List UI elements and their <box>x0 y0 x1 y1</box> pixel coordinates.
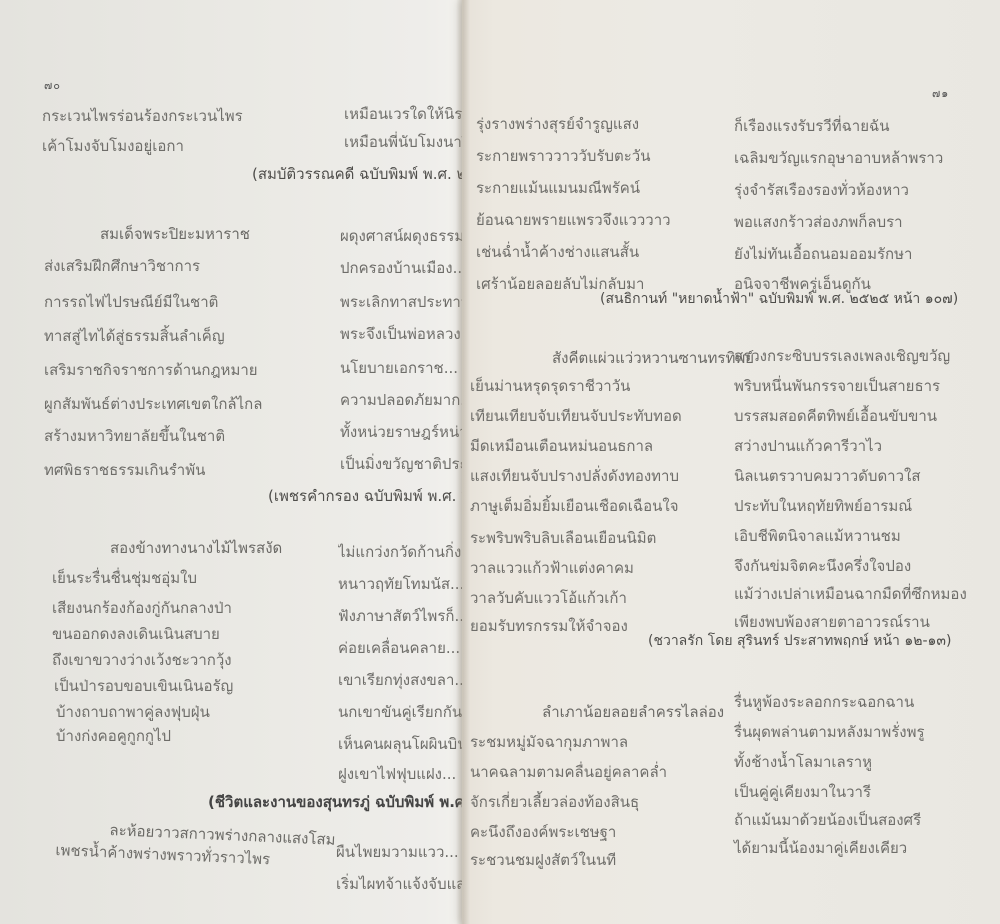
verse-line: พระเลิกทาสประทาน... <box>340 290 468 314</box>
verse-line: ระกายแม้นแมนมณีพรัคน์ <box>476 176 640 200</box>
verse-line: ได้ยามนี้น้องมาคู่เคียงเคียว <box>734 836 907 860</box>
verse-line: เห็นคนผลุนโผผินบิน... <box>338 732 468 756</box>
verse-line: เหมือนพี่นับโมงนาฬิกา <box>344 130 468 154</box>
verse-line: แม้ว่างเปล่าเหมือนฉากมืดที่ซึกหมอง <box>734 582 967 606</box>
verse-line: ยังไม่ทันเอื้อถนอมออมรักษา <box>734 242 912 266</box>
verse-line: เสริมราชกิจราชการด้านกฎหมาย <box>44 358 258 382</box>
verse-line: วาลแววแก้วฟ้าแต่งคาคม <box>470 556 634 580</box>
stanza-title: สังคีตแผ่วแว่วหวานซานทรทิพย์ <box>552 346 754 370</box>
verse-line: การรถไฟไปรษณีย์มีในชาติ <box>44 290 218 314</box>
verse-line: จึงกันข่มจิตคะนึงครึ่งใจปอง <box>734 554 911 578</box>
verse-line: พอแสงกร้าวส่องภพก็ลบรา <box>734 210 903 234</box>
verse-line: เฉลิมขวัญแรกอุษาอาบหล้าพราว <box>734 146 943 170</box>
left-book-page: ๗๐ กระเวนไพรร่อนร้องกระเวนไพร เค้าโมงจับ… <box>0 0 470 924</box>
verse-line: สว่างปานแก้วคารีวาไว <box>734 434 882 458</box>
verse-line: แสงเทียนจับปรางปลั่งดังทองทาบ <box>470 464 679 488</box>
verse-line: คะนึงถึงองค์พระเชษฐา <box>470 820 616 844</box>
verse-line: ทศพิธราชธรรมเกินรำพัน <box>44 458 205 482</box>
verse-line: นกเขาขันคู่เรียกกัน... <box>338 700 468 724</box>
stanza-title: สองข้างทางนางไม้ไพรสงัด <box>110 536 282 560</box>
verse-line: ฟังภาษาสัตว์ไพรก็... <box>338 604 468 628</box>
stanza-title: ลำเภาน้อยลอยลำครรไลล่อง <box>542 700 724 724</box>
verse-line: เทียนเทียบจับเทียนจับประทับทอด <box>470 404 682 428</box>
verse-line: ยอมรับทรกรรมให้จำจอง <box>470 614 628 638</box>
verse-line: เขาเรียกทุ่งสงขลา... <box>338 668 468 692</box>
verse-line: เค้าโมงจับโมงอยู่เอกา <box>42 134 184 158</box>
verse-line: ทาสสู่ไทได้สู่ธรรมสิ้นลำเค็ญ <box>44 324 225 348</box>
verse-line: ระพริบพริบลิบเลือนเยือนนิมิต <box>470 526 656 550</box>
verse-line: เย็นม่านหรุดรุดราชีวาวัน <box>470 374 630 398</box>
verse-line: ถ้าแม้นมาด้วยน้องเป็นสองศรี <box>734 808 921 832</box>
verse-line: เป็นป่ารอบขอบเขินเนินอรัญ <box>54 674 233 698</box>
source-citation: (ชีวิตและงานของสุนทรภู่ ฉบับพิมพ์ พ.ศ. ๒… <box>208 790 468 814</box>
verse-line: ระชมหมู่มัจฉากุมภาพาล <box>470 730 628 754</box>
verse-line: ย้อนฉายพรายแพรวจึงแวววาว <box>476 208 671 232</box>
verse-line: นาคฉลามตามคลื่นอยู่คลาคล่ำ <box>470 760 667 784</box>
right-book-page: ๗๑ รุ่งรางพร่างสุรย์จำรูญแสง ระกายพราววา… <box>462 0 1000 924</box>
source-citation: (สมบัติวรรณคดี ฉบับพิมพ์ พ.ศ. ๒... <box>252 162 468 186</box>
verse-line: สรวงกระซิบบรรเลงเพลงเชิญขวัญ <box>734 344 950 368</box>
verse-line: เป็นคู่คู่เคียงมาในวารี <box>734 780 871 804</box>
verse-line: นิลเนตรวาบคมวาวดับดาวใส <box>734 464 921 488</box>
page-number-right: ๗๑ <box>932 84 949 102</box>
verse-line: ทั้งช้างน้ำโลมาเลราหู <box>734 750 872 774</box>
verse-line: ระกายพราววาววับรับตะวัน <box>476 144 650 168</box>
verse-line: หนาวฤทัยโทมนัส... <box>338 572 468 596</box>
verse-line: เสียงนกร้องก้องกู่กันกลางป่า <box>52 596 232 620</box>
verse-line: รุ่งจำรัสเรืองรองทั่วห้องหาว <box>734 178 909 202</box>
verse-line: ภาษูเต็มอิ่มยิ้มเยือนเชือดเฉือนใจ <box>470 494 678 518</box>
verse-line: บ้างก่งคอคูกูกกูไป <box>56 724 171 748</box>
verse-line: ความปลอดภัยมาก... <box>340 388 468 412</box>
verse-line: กระเวนไพรร่อนร้องกระเวนไพร <box>42 104 243 128</box>
verse-line: พระจึงเป็นพ่อหลวง... <box>340 322 468 346</box>
verse-line: เย็นระรื่นชื่นชุ่มชอุ่มใบ <box>52 566 197 590</box>
stanza-title: สมเด็จพระปิยะมหาราช <box>100 222 250 246</box>
source-citation: (เพชรคำกรอง ฉบับพิมพ์ พ.ศ. ๒... <box>268 484 468 508</box>
verse-line: ส่งเสริมฝึกศึกษาวิชาการ <box>44 254 200 278</box>
verse-line: เป็นมิ่งขวัญชาติประชา... <box>340 452 468 476</box>
verse-line: เอิบชีพิตนิจาลแม้หวานชม <box>734 524 901 548</box>
verse-line: มีดเหมือนเตือนหม่นอนธกาล <box>470 434 653 458</box>
verse-line: รื่นผุดพล่านตามหลังมาพรั่งพรู <box>734 720 925 744</box>
verse-line: ค่อยเคลื่อนคลาย... <box>338 636 468 660</box>
verse-line: สร้างมหาวิทยาลัยขึ้นในชาติ <box>44 424 225 448</box>
source-citation: (สนธิกานท์ "หยาดน้ำฟ้า" ฉบับพิมพ์ พ.ศ. ๒… <box>600 288 958 310</box>
verse-line: เหมือนเวรใดให้นิราศ <box>344 102 468 126</box>
verse-line: เช่นฉ่ำน้ำค้างช่างแสนสั้น <box>476 240 639 264</box>
verse-line: ระชวนชมฝูงสัตว์ในนที <box>470 848 616 872</box>
verse-line: บรรสมสอดคีตทิพย์เอื้อนขับขาน <box>734 404 937 428</box>
verse-line: ถึงเขาขวางว่างเว้งชะวากวุ้ง <box>52 648 232 672</box>
verse-line: วาลวับคับแววโอ้แก้วเก้า <box>470 586 627 610</box>
verse-line: ทั้งหน่วยราษฎร์หน่วย... <box>340 420 468 444</box>
verse-line: ฝูงเขาไฟฟุบแฝง... <box>338 762 468 786</box>
verse-line: ผูกสัมพันธ์ต่างประเทศเขตใกล้ไกล <box>44 392 262 416</box>
verse-line: บ้างถาบถาพาคู่ลงฟุบฝุ่น <box>56 700 210 724</box>
verse-line: ปกครองบ้านเมือง... <box>340 256 468 280</box>
verse-line: จักรเกี่ยวเลี้ยวล่องท้องสินธุ <box>470 790 639 814</box>
source-citation: (ชวาลรัก โดย สุรินทร์ ประสาทพฤกษ์ หน้า ๑… <box>648 630 951 652</box>
verse-line: พริบหนึ่นพันกรรจายเป็นสายธาร <box>734 374 940 398</box>
verse-line: รุ่งรางพร่างสุรย์จำรูญแสง <box>476 112 639 136</box>
verse-line: ผืนไพยมวามแวว... <box>336 840 468 864</box>
verse-line: ไม่แกว่งกวัดก้านกิ่ง... <box>338 540 468 564</box>
verse-line: รื่นหูพ้องระลอกกระฉอกฉาน <box>734 690 914 714</box>
page-number-left: ๗๐ <box>44 76 61 94</box>
verse-line: ผดุงศาสน์ผดุงธรรม... <box>340 224 468 248</box>
verse-line: ขนออกดงลงเดินเนินสบาย <box>52 622 220 646</box>
book-gutter <box>456 0 470 924</box>
verse-line: ประทับในหฤทัยทิพย์อารมณ์ <box>734 494 912 518</box>
verse-line: เริ่มไผทจ้าแจ้งจับแสง... <box>336 872 468 896</box>
verse-line: ก็เรืองแรงรับรวีที่ฉายฉัน <box>734 114 890 138</box>
verse-line: นโยบายเอกราช... <box>340 356 468 380</box>
